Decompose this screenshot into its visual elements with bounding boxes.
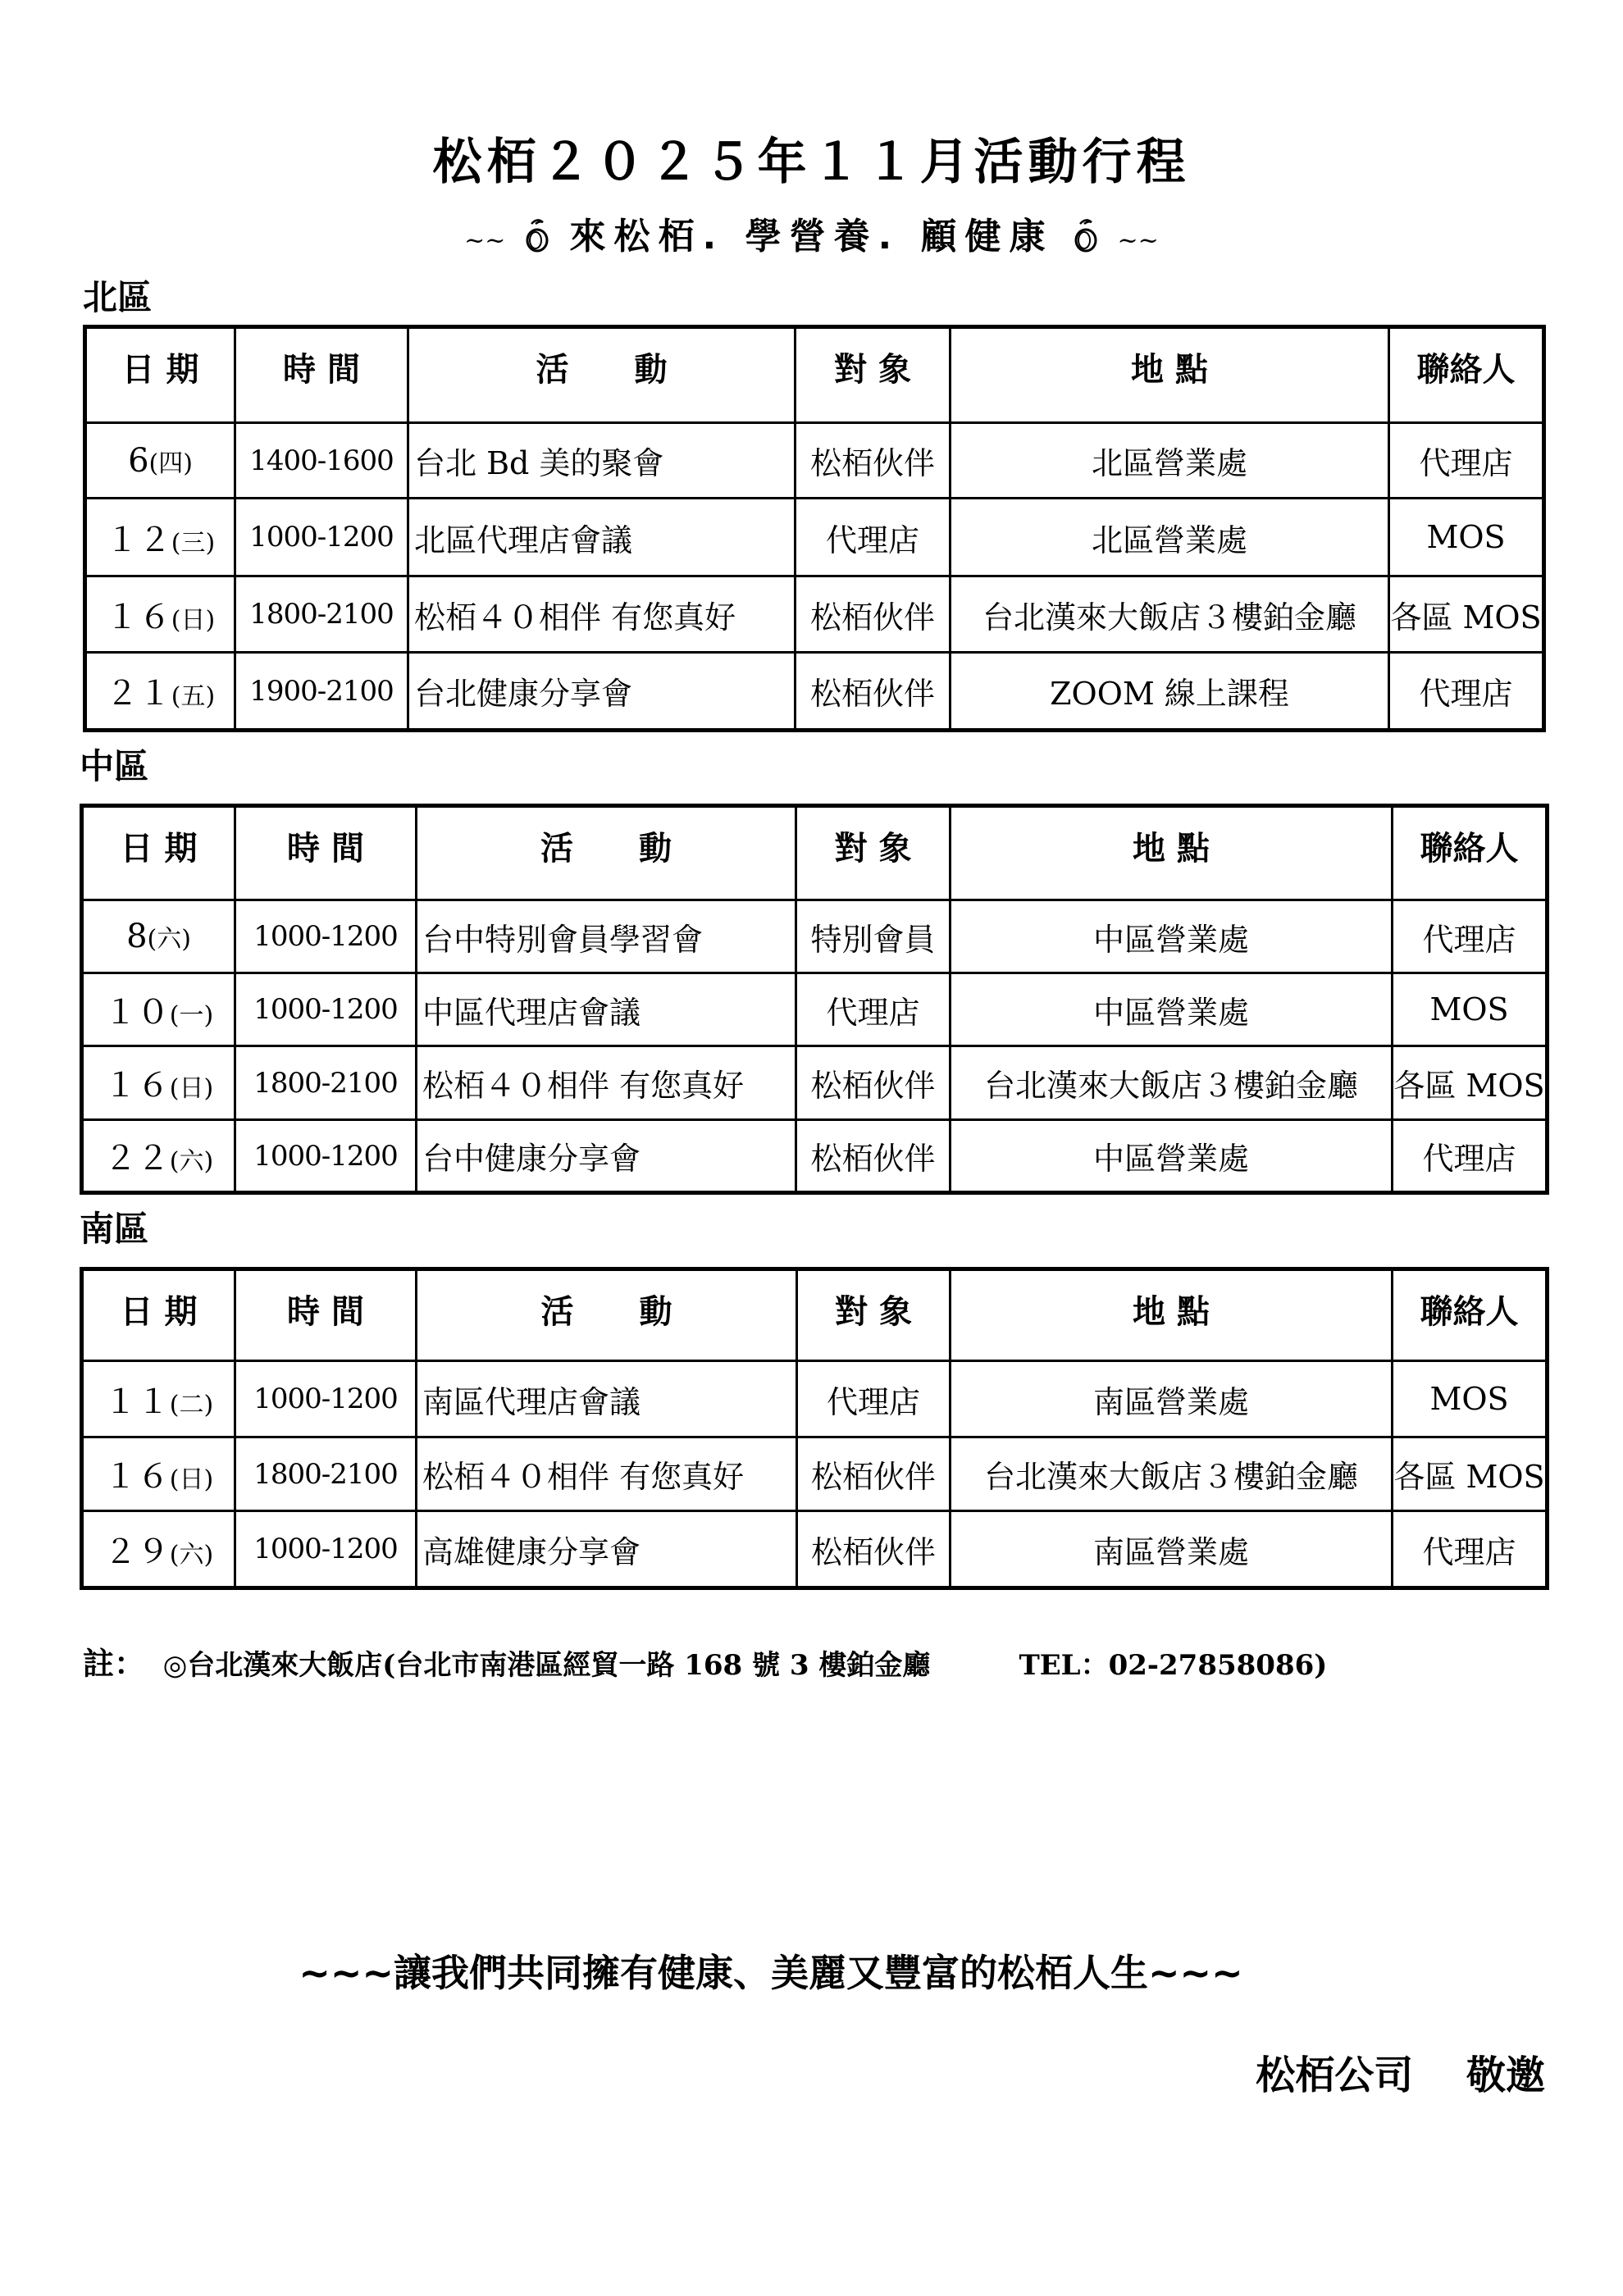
- subtitle-tilde-left: ~~: [464, 226, 505, 255]
- column-header-activity: 活 動: [408, 327, 796, 423]
- column-header-location: 地 點: [951, 806, 1393, 900]
- subtitle-text: 來松栢. 學營養. 顧健康: [569, 216, 1053, 257]
- cell-date: １６(日): [82, 1046, 235, 1120]
- table-row: ２２(六) 1000-1200 台中健康分享會 松栢伙伴 中區營業處 代理店: [82, 1120, 1548, 1193]
- cell-audience: 代理店: [797, 1361, 951, 1437]
- signature: 松栢公司 敬邀: [1256, 2043, 1545, 2100]
- cell-contact: 各區 MOS: [1393, 1046, 1548, 1120]
- cell-activity: 高雄健康分享會: [417, 1511, 797, 1588]
- cell-location: 中區營業處: [951, 1120, 1393, 1193]
- cell-audience: 松栢伙伴: [797, 1437, 951, 1511]
- cell-location: 台北漢來大飯店３樓鉑金廳: [951, 1046, 1393, 1120]
- ring-ornament-icon: [1072, 217, 1100, 253]
- cell-contact: 代理店: [1393, 900, 1548, 973]
- cell-audience: 松栢伙伴: [796, 576, 951, 653]
- column-header-date: 日 期: [82, 806, 235, 900]
- cell-activity: 松栢４０相伴 有您真好: [408, 576, 796, 653]
- page-title: 松栢２０２５年１１月活動行程: [0, 123, 1623, 194]
- cell-time: 1000-1200: [235, 1511, 417, 1588]
- cell-time: 1000-1200: [235, 499, 408, 576]
- cell-activity: 台北 Bd 美的聚會: [408, 423, 796, 499]
- footer-slogan: ~~~讓我們共同擁有健康、美麗又豐富的松栢人生~~~: [0, 1943, 1542, 1998]
- table-row: １６(日) 1800-2100 松栢４０相伴 有您真好 松栢伙伴 台北漢來大飯店…: [82, 1046, 1548, 1120]
- table-row: １１(二) 1000-1200 南區代理店會議 代理店 南區營業處 MOS: [82, 1361, 1548, 1437]
- cell-activity: 台北健康分享會: [408, 653, 796, 731]
- cell-audience: 松栢伙伴: [797, 1511, 951, 1588]
- cell-activity: 北區代理店會議: [408, 499, 796, 576]
- region-label-central: 中區: [80, 740, 148, 789]
- cell-audience: 松栢伙伴: [796, 423, 951, 499]
- cell-location: 中區營業處: [951, 973, 1393, 1046]
- cell-contact: 代理店: [1389, 653, 1544, 731]
- schedule-table-central: 日 期 時 間 活 動 對 象 地 點 聯絡人 8(六) 1000-1200 台…: [80, 804, 1549, 1195]
- cell-date: １２(三): [85, 499, 235, 576]
- column-header-activity: 活 動: [417, 806, 796, 900]
- column-header-location: 地 點: [951, 1269, 1393, 1361]
- cell-contact: MOS: [1389, 499, 1544, 576]
- cell-time: 1800-2100: [235, 1046, 417, 1120]
- cell-date: １１(二): [82, 1361, 235, 1437]
- cell-audience: 松栢伙伴: [796, 653, 951, 731]
- venue-note: 註： ◎台北漢來大飯店(台北市南港區經貿一路 168 號 3 樓鉑金廳 TEL：…: [83, 1638, 1327, 1683]
- column-header-audience: 對 象: [797, 1269, 951, 1361]
- cell-audience: 松栢伙伴: [796, 1046, 951, 1120]
- column-header-activity: 活 動: [417, 1269, 797, 1361]
- subtitle: ~~來松栢. 學營養. 顧健康~~: [0, 207, 1623, 259]
- cell-date: １０(一): [82, 973, 235, 1046]
- cell-activity: 台中特別會員學習會: [417, 900, 796, 973]
- cell-date: １６(日): [82, 1437, 235, 1511]
- cell-contact: MOS: [1393, 1361, 1548, 1437]
- table-row: １６(日) 1800-2100 松栢４０相伴 有您真好 松栢伙伴 台北漢來大飯店…: [85, 576, 1544, 653]
- cell-location: 北區營業處: [951, 423, 1389, 499]
- cell-location: 北區營業處: [951, 499, 1389, 576]
- table-row: 8(六) 1000-1200 台中特別會員學習會 特別會員 中區營業處 代理店: [82, 900, 1548, 973]
- cell-time: 1800-2100: [235, 1437, 417, 1511]
- schedule-table-north: 日 期 時 間 活 動 對 象 地 點 聯絡人 6(四) 1400-1600 台…: [83, 325, 1546, 732]
- column-header-time: 時 間: [235, 1269, 417, 1361]
- cell-contact: 代理店: [1393, 1120, 1548, 1193]
- table-row: １０(一) 1000-1200 中區代理店會議 代理店 中區營業處 MOS: [82, 973, 1548, 1046]
- note-text: ◎台北漢來大飯店(台北市南港區經貿一路 168 號 3 樓鉑金廳: [163, 1649, 931, 1682]
- cell-time: 1000-1200: [235, 1361, 417, 1437]
- cell-contact: 各區 MOS: [1389, 576, 1544, 653]
- cell-activity: 南區代理店會議: [417, 1361, 797, 1437]
- cell-activity: 台中健康分享會: [417, 1120, 796, 1193]
- cell-activity: 中區代理店會議: [417, 973, 796, 1046]
- cell-time: 1800-2100: [235, 576, 408, 653]
- column-header-contact: 聯絡人: [1393, 1269, 1548, 1361]
- cell-date: ２１(五): [85, 653, 235, 731]
- cell-contact: 各區 MOS: [1393, 1437, 1548, 1511]
- table-header-row: 日 期 時 間 活 動 對 象 地 點 聯絡人: [85, 327, 1544, 423]
- cell-time: 1000-1200: [235, 900, 417, 973]
- subtitle-tilde-right: ~~: [1118, 226, 1159, 255]
- cell-location: 南區營業處: [951, 1361, 1393, 1437]
- column-header-time: 時 間: [235, 806, 417, 900]
- schedule-table-south: 日 期 時 間 活 動 對 象 地 點 聯絡人 １１(二) 1000-1200 …: [80, 1267, 1549, 1590]
- cell-date: ２２(六): [82, 1120, 235, 1193]
- column-header-date: 日 期: [85, 327, 235, 423]
- column-header-location: 地 點: [951, 327, 1389, 423]
- cell-activity: 松栢４０相伴 有您真好: [417, 1046, 796, 1120]
- cell-date: １６(日): [85, 576, 235, 653]
- table-row: 6(四) 1400-1600 台北 Bd 美的聚會 松栢伙伴 北區營業處 代理店: [85, 423, 1544, 499]
- table-row: １６(日) 1800-2100 松栢４０相伴 有您真好 松栢伙伴 台北漢來大飯店…: [82, 1437, 1548, 1511]
- cell-time: 1000-1200: [235, 973, 417, 1046]
- cell-time: 1400-1600: [235, 423, 408, 499]
- table-row: ２９(六) 1000-1200 高雄健康分享會 松栢伙伴 南區營業處 代理店: [82, 1511, 1548, 1588]
- cell-date: 8(六): [82, 900, 235, 973]
- cell-time: 1900-2100: [235, 653, 408, 731]
- cell-time: 1000-1200: [235, 1120, 417, 1193]
- cell-date: 6(四): [85, 423, 235, 499]
- cell-audience: 特別會員: [796, 900, 951, 973]
- note-label: 註：: [83, 1646, 145, 1682]
- column-header-audience: 對 象: [796, 327, 951, 423]
- region-label-south: 南區: [80, 1202, 148, 1251]
- column-header-contact: 聯絡人: [1389, 327, 1544, 423]
- cell-audience: 代理店: [796, 973, 951, 1046]
- cell-location: 台北漢來大飯店３樓鉑金廳: [951, 1437, 1393, 1511]
- table-header-row: 日 期 時 間 活 動 對 象 地 點 聯絡人: [82, 1269, 1548, 1361]
- cell-contact: 代理店: [1393, 1511, 1548, 1588]
- column-header-contact: 聯絡人: [1393, 806, 1548, 900]
- cell-contact: 代理店: [1389, 423, 1544, 499]
- cell-location: 南區營業處: [951, 1511, 1393, 1588]
- column-header-time: 時 間: [235, 327, 408, 423]
- cell-location: 台北漢來大飯店３樓鉑金廳: [951, 576, 1389, 653]
- ring-ornament-icon: [523, 217, 551, 253]
- cell-location: ZOOM 線上課程: [951, 653, 1389, 731]
- note-tel: TEL：02-27858086): [1019, 1649, 1327, 1682]
- cell-date: ２９(六): [82, 1511, 235, 1588]
- region-label-north: 北區: [83, 271, 152, 320]
- cell-audience: 松栢伙伴: [796, 1120, 951, 1193]
- table-row: １２(三) 1000-1200 北區代理店會議 代理店 北區營業處 MOS: [85, 499, 1544, 576]
- table-header-row: 日 期 時 間 活 動 對 象 地 點 聯絡人: [82, 806, 1548, 900]
- column-header-date: 日 期: [82, 1269, 235, 1361]
- cell-contact: MOS: [1393, 973, 1548, 1046]
- cell-audience: 代理店: [796, 499, 951, 576]
- table-row: ２１(五) 1900-2100 台北健康分享會 松栢伙伴 ZOOM 線上課程 代…: [85, 653, 1544, 731]
- cell-location: 中區營業處: [951, 900, 1393, 973]
- cell-activity: 松栢４０相伴 有您真好: [417, 1437, 797, 1511]
- column-header-audience: 對 象: [796, 806, 951, 900]
